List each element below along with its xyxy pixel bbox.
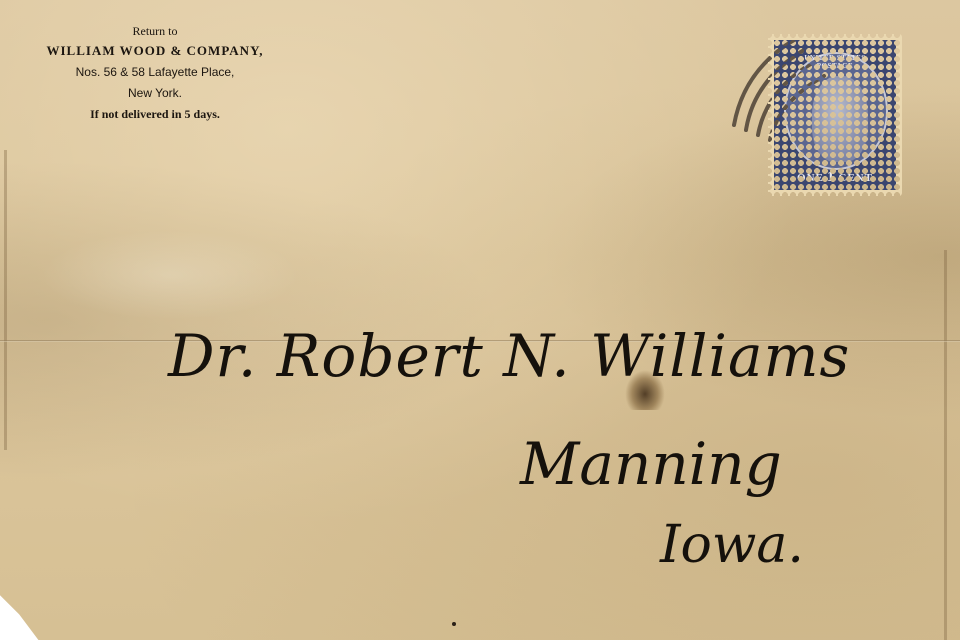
denomination-word-left: ONE <box>797 172 824 184</box>
left-crease <box>4 150 7 450</box>
addressee-state: Iowa. <box>660 515 804 575</box>
city-line: New York. <box>20 86 290 100</box>
envelope: Return to WILLIAM WOOD & COMPANY, Nos. 5… <box>0 0 960 640</box>
company-name: WILLIAM WOOD & COMPANY, <box>20 43 290 59</box>
ink-dot <box>452 622 456 626</box>
embossed-impression <box>40 230 300 320</box>
addressee-city: Manning <box>520 430 782 498</box>
addressee-name: Dr. Robert N. Williams <box>168 322 850 390</box>
right-crease <box>944 250 947 640</box>
stamp-frame: UNITED STATES POSTAGE ONE1CENT <box>774 40 896 190</box>
postage-stamp: UNITED STATES POSTAGE ONE1CENT <box>768 34 902 196</box>
denomination-numeral: 1 <box>827 169 836 185</box>
return-label: Return to <box>20 24 290 39</box>
ink-blot <box>625 370 665 410</box>
stamp-top-text: UNITED STATES POSTAGE <box>788 54 882 70</box>
stamp-denomination: ONE1CENT <box>774 169 896 186</box>
portrait-stamp-icon <box>812 76 868 162</box>
return-address: Return to WILLIAM WOOD & COMPANY, Nos. 5… <box>20 24 290 122</box>
denomination-word-right: CENT <box>838 172 873 184</box>
street-address: Nos. 56 & 58 Lafayette Place, <box>20 65 290 79</box>
delivery-note: If not delivered in 5 days. <box>20 107 290 122</box>
